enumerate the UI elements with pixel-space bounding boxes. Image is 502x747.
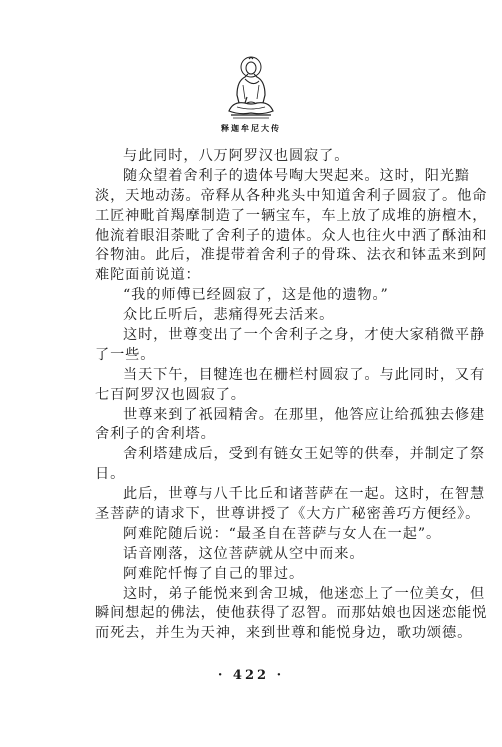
running-header: 释迦牟尼大传 (0, 55, 502, 134)
text-line: 这时，弟子能悦来到舍卫城，他迷恋上了一位美女，但 (95, 585, 413, 605)
book-title: 释迦牟尼大传 (0, 123, 502, 134)
text-line: 舍利塔建成后，受到有链女王妃等的供奉，并制定了祭 (95, 445, 413, 465)
text-line: 舍利子的舍利塔。 (95, 425, 413, 445)
text-line: 淡，天地动荡。帝释从各种兆头中知道舍利子圆寂了。他命 (95, 187, 413, 207)
text-line: 随众望着舍利子的遗体号啕大哭起来。这时，阳光黯 (95, 167, 413, 187)
text-line: 七百阿罗汉也圆寂了。 (95, 386, 413, 406)
text-line: 与此同时，八万阿罗汉也圆寂了。 (95, 147, 413, 167)
text-line: 此后，世尊与八千比丘和诸菩萨在一起。这时，在智慧 (95, 485, 413, 505)
text-line: 世尊来到了祇园精舍。在那里，他答应让给孤独去修建 (95, 406, 413, 426)
seated-buddha-icon (223, 55, 279, 121)
text-line: 瞬间想起的佛法，使他获得了忍智。而那姑娘也因迷恋能悦 (95, 604, 413, 624)
text-line: 当天下午，目犍连也在栅栏村圆寂了。与此同时，又有 (95, 366, 413, 386)
body-text: 与此同时，八万阿罗汉也圆寂了。 随众望着舍利子的遗体号啕大哭起来。这时，阳光黯 … (95, 147, 413, 644)
text-line: 日。 (95, 465, 413, 485)
text-line: 工匠神毗首羯摩制造了一辆宝车，车上放了成堆的旃檀木， (95, 207, 413, 227)
text-line: 他流着眼泪荼毗了舍利子的遗体。众人也往火中洒了酥油和 (95, 227, 413, 247)
text-line: 而死去，并生为天神，来到世尊和能悦身边，歌功颂德。 (95, 624, 413, 644)
text-line: 话音刚落，这位菩萨就从空中而来。 (95, 545, 413, 565)
text-line: 谷物油。此后，准提带着舍利子的骨珠、法衣和钵盂来到阿 (95, 246, 413, 266)
text-line: 难陀面前说道： (95, 266, 413, 286)
text-line: 圣菩萨的请求下，世尊讲授了《大方广秘密善巧方便经》。 (95, 505, 413, 525)
text-line: 阿难陀随后说：“最圣自在菩萨与女人在一起”。 (95, 525, 413, 545)
text-line: 了一些。 (95, 346, 413, 366)
page-number: · 422 · (0, 668, 502, 683)
text-line: 众比丘听后，悲痛得死去活来。 (95, 306, 413, 326)
text-line: 这时，世尊变出了一个舍利子之身，才使大家稍微平静 (95, 326, 413, 346)
text-line: “我的师傅已经圆寂了，这是他的遗物。” (95, 286, 413, 306)
text-line: 阿难陀忏悔了自己的罪过。 (95, 565, 413, 585)
